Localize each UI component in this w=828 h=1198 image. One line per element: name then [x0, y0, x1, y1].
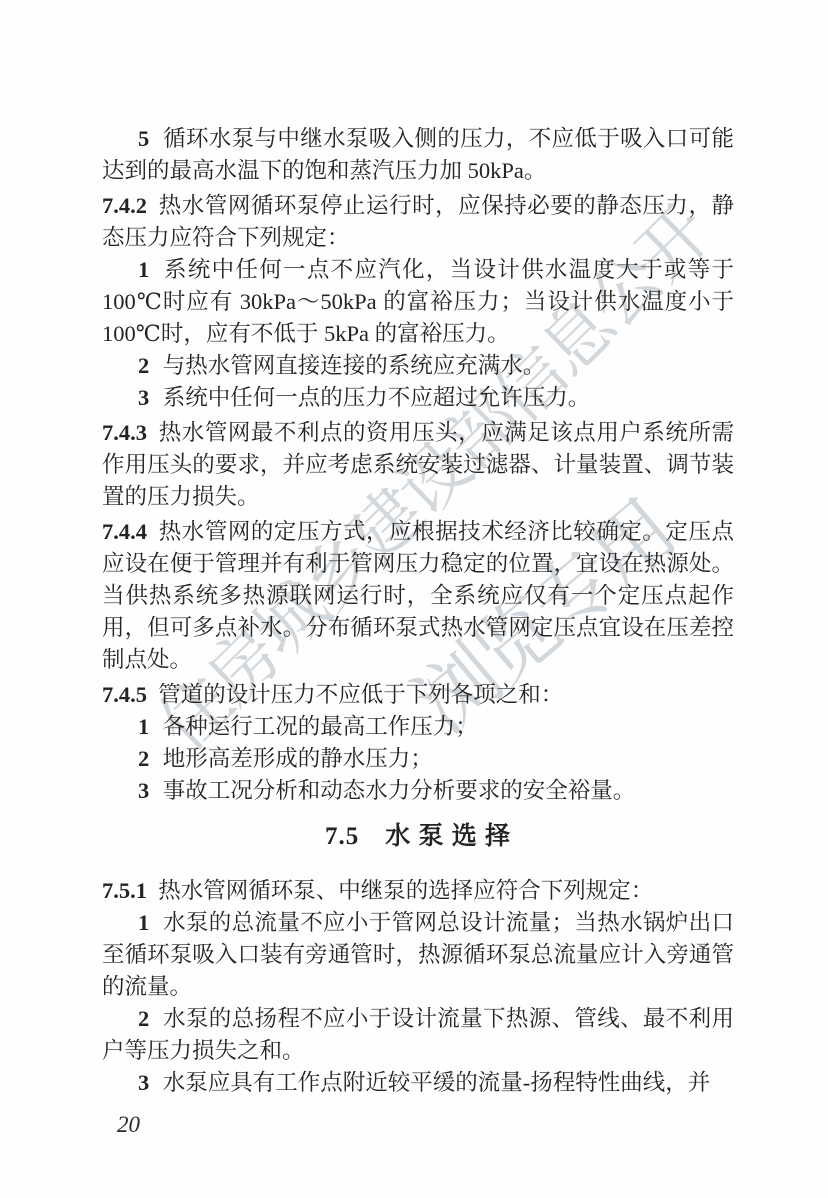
- paragraph-number: 7.5.1: [102, 878, 147, 903]
- item-paragraph-3: 3系统中任何一点的压力不应超过允许压力。: [102, 382, 734, 414]
- paragraph-text: 水泵的总扬程不应小于设计流量下热源、管线、最不利用户等压力损失之和。: [102, 1006, 734, 1063]
- section-heading: 7.5 水 泵 选 择: [102, 821, 734, 853]
- paragraph-text: 热水管网最不利点的资用压头，应满足该点用户系统所需作用压头的要求，并应考虑系统安…: [102, 420, 734, 509]
- item-paragraph-1: 1各种运行工况的最高工作压力；: [102, 711, 734, 743]
- item-paragraph-1: 1水泵的总流量不应小于管网总设计流量；当热水锅炉出口至循环泵吸入口装有旁通管时，…: [102, 907, 734, 1003]
- paragraph-text: 各种运行工况的最高工作压力；: [163, 714, 478, 739]
- paragraph-number: 1: [138, 714, 149, 739]
- clause-paragraph-7.4.5: 7.4.5管道的设计压力不应低于下列各项之和：: [102, 679, 734, 711]
- clause-paragraph-7.4.4: 7.4.4热水管网的定压方式，应根据技术经济比较确定。定压点应设在便于管理并有利…: [102, 516, 734, 676]
- clause-paragraph-7.4.3: 7.4.3热水管网最不利点的资用压头，应满足该点用户系统所需作用压头的要求，并应…: [102, 417, 734, 513]
- item-paragraph-3: 3事故工况分析和动态水力分析要求的安全裕量。: [102, 775, 734, 807]
- paragraph-number: 3: [138, 385, 149, 410]
- paragraph-number: 7.4.4: [102, 519, 147, 544]
- item-paragraph-1: 1系统中任何一点不应汽化，当设计供水温度大于或等于 100℃时应有 30kPa～…: [102, 254, 734, 350]
- paragraph-number: 5: [138, 126, 149, 151]
- clause-paragraph-7.5.1: 7.5.1热水管网循环泵、中继泵的选择应符合下列规定：: [102, 875, 734, 907]
- paragraph-text: 循环水泵与中继水泵吸入侧的压力，不应低于吸入口可能达到的最高水温下的饱和蒸汽压力…: [102, 126, 734, 183]
- paragraph-number: 1: [138, 910, 149, 935]
- item-paragraph-2: 2水泵的总扬程不应小于设计流量下热源、管线、最不利用户等压力损失之和。: [102, 1003, 734, 1067]
- document-page: 住房城乡建设部信息公开 浏览专用 5循环水泵与中继水泵吸入侧的压力，不应低于吸入…: [0, 0, 828, 1198]
- paragraph-text: 热水管网循环泵、中继泵的选择应符合下列规定：: [158, 878, 653, 903]
- paragraph-number: 2: [138, 746, 149, 771]
- paragraph-text: 管道的设计压力不应低于下列各项之和：: [158, 682, 563, 707]
- item-paragraph-3: 3水泵应具有工作点附近较平缓的流量-扬程特性曲线，并: [102, 1067, 734, 1099]
- paragraph-number: 7.4.5: [102, 682, 147, 707]
- document-body: 5循环水泵与中继水泵吸入侧的压力，不应低于吸入口可能达到的最高水温下的饱和蒸汽压…: [102, 123, 734, 1099]
- paragraph-text: 事故工况分析和动态水力分析要求的安全裕量。: [163, 778, 636, 803]
- paragraph-number: 1: [138, 257, 149, 282]
- paragraph-text: 与热水管网直接连接的系统应充满水。: [163, 353, 546, 378]
- paragraph-number: 7.4.2: [102, 193, 147, 218]
- item-paragraph-5: 5循环水泵与中继水泵吸入侧的压力，不应低于吸入口可能达到的最高水温下的饱和蒸汽压…: [102, 123, 734, 187]
- clause-paragraph-7.4.2: 7.4.2热水管网循环泵停止运行时，应保持必要的静态压力，静态压力应符合下列规定…: [102, 190, 734, 254]
- paragraph-text: 系统中任何一点的压力不应超过允许压力。: [163, 385, 591, 410]
- item-paragraph-2: 2地形高差形成的静水压力；: [102, 743, 734, 775]
- paragraph-text: 地形高差形成的静水压力；: [163, 746, 433, 771]
- paragraph-text: 7.5 水 泵 选 择: [325, 823, 511, 850]
- paragraph-number: 7.4.3: [102, 420, 147, 445]
- paragraph-number: 3: [138, 778, 149, 803]
- paragraph-number: 3: [138, 1070, 149, 1095]
- paragraph-text: 水泵的总流量不应小于管网总设计流量；当热水锅炉出口至循环泵吸入口装有旁通管时，热…: [102, 910, 734, 999]
- paragraph-number: 2: [138, 1006, 149, 1031]
- paragraph-number: 2: [138, 353, 149, 378]
- paragraph-text: 热水管网循环泵停止运行时，应保持必要的静态压力，静态压力应符合下列规定：: [102, 193, 734, 250]
- paragraph-text: 系统中任何一点不应汽化，当设计供水温度大于或等于 100℃时应有 30kPa～5…: [102, 257, 734, 346]
- paragraph-text: 热水管网的定压方式，应根据技术经济比较确定。定压点应设在便于管理并有利于管网压力…: [102, 519, 734, 672]
- item-paragraph-2: 2与热水管网直接连接的系统应充满水。: [102, 350, 734, 382]
- page-number: 20: [117, 1112, 140, 1138]
- paragraph-text: 水泵应具有工作点附近较平缓的流量-扬程特性曲线，并: [163, 1070, 711, 1095]
